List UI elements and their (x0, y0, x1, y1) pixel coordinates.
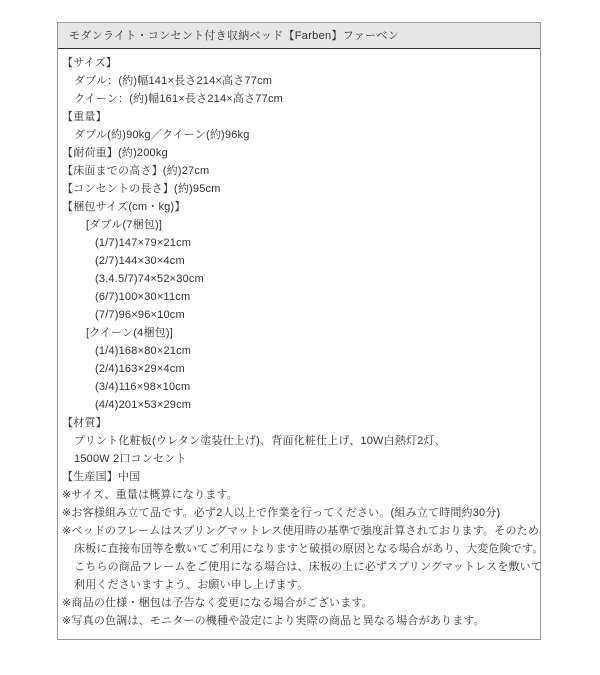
spec-line: 【耐荷重】(約)200kg (62, 144, 534, 162)
spec-line: ダブル：(約)幅141×長さ214×高さ77cm (62, 72, 534, 90)
spec-body: 【サイズ】ダブル：(約)幅141×長さ214×高さ77cmクイーン：(約)幅16… (58, 49, 540, 639)
spec-line: 【サイズ】 (62, 54, 534, 72)
product-title-bar: モダンライト・コンセント付き収納ベッド【Farben】ファーベン (58, 23, 540, 49)
spec-line: こちらの商品フレームをご使用になる場合は、床板の上に必ずスプリングマットレスを敷… (62, 558, 534, 576)
spec-line: 【重量】 (62, 108, 534, 126)
spec-line: (2/7)144×30×4cm (62, 252, 534, 270)
spec-line: 【材質】 (62, 414, 534, 432)
spec-line: 利用くださいますよう、お願い申し上げます。 (62, 576, 534, 594)
spec-line: 1500W 2口コンセント (62, 450, 534, 468)
spec-line: ※商品の仕様・梱包は予告なく変更になる場合がございます。 (62, 594, 534, 612)
product-title: モダンライト・コンセント付き収納ベッド【Farben】ファーベン (69, 30, 399, 42)
spec-line: ※サイズ、重量は概算になります。 (62, 486, 534, 504)
spec-line: 【コンセントの長さ】(約)95cm (62, 180, 534, 198)
spec-line: [ダブル(7梱包)] (62, 216, 534, 234)
spec-line: (1/4)168×80×21cm (62, 342, 534, 360)
spec-line: 【梱包サイズ(cm・kg)】 (62, 198, 534, 216)
spec-line: (7/7)96×96×10cm (62, 306, 534, 324)
spec-line: 【床面までの高さ】(約)27cm (62, 162, 534, 180)
spec-line: 【生産国】中国 (62, 468, 534, 486)
spec-line: (2/4)163×29×4cm (62, 360, 534, 378)
product-spec-table: モダンライト・コンセント付き収納ベッド【Farben】ファーベン 【サイズ】ダブ… (57, 22, 541, 640)
spec-line: [クイーン(4梱包)] (62, 324, 534, 342)
spec-line: (4/4)201×53×29cm (62, 396, 534, 414)
spec-line: 床板に直接布団等を敷いてご利用になりますと破損の原因となる場合があり、大変危険で… (62, 540, 534, 558)
spec-line: (6/7)100×30×11cm (62, 288, 534, 306)
spec-line: (3.4.5/7)74×52×30cm (62, 270, 534, 288)
spec-line: ダブル(約)90kg／クイーン(約)96kg (62, 126, 534, 144)
spec-line: ※ベッドのフレームはスプリングマットレス使用時の基準で強度計算されております。そ… (62, 522, 534, 540)
spec-line: ※お客様組み立て品です。必ず2人以上で作業を行ってください。(組み立て時間約30… (62, 504, 534, 522)
spec-line: (3/4)116×98×10cm (62, 378, 534, 396)
spec-line: クイーン：(約)幅161×長さ214×高さ77cm (62, 90, 534, 108)
spec-line: プリント化粧板(ウレタン塗装仕上げ)、背面化粧仕上げ、10W白熱灯2灯、 (62, 432, 534, 450)
spec-line: (1/7)147×79×21cm (62, 234, 534, 252)
spec-line: ※写真の色調は、モニターの機種や設定により実際の商品と異なる場合があります。 (62, 612, 534, 630)
